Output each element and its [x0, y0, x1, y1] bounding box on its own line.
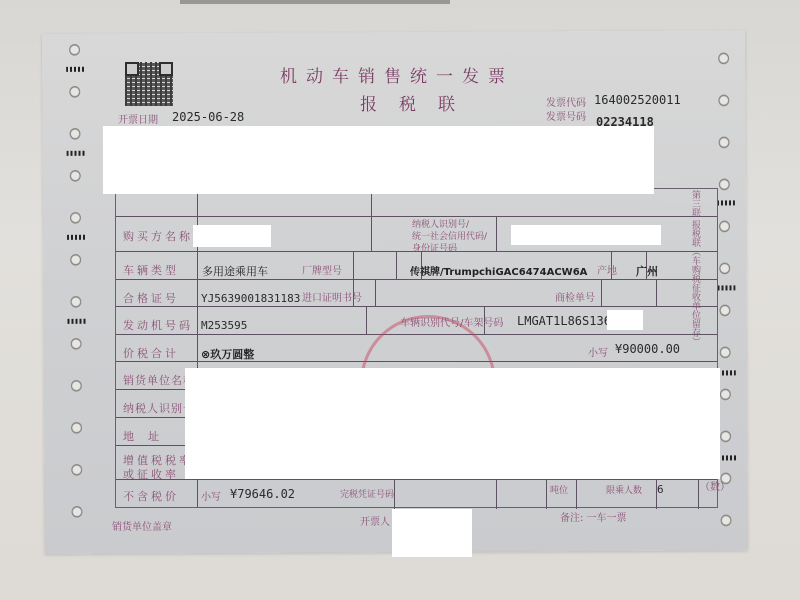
tractor-hole: [720, 388, 731, 400]
issuer-label: 开票人: [360, 513, 390, 528]
engine-label: 发动机号码: [123, 317, 193, 333]
bracket-text: （数）: [700, 478, 730, 493]
total-label: 价税合计: [123, 345, 179, 361]
perforation-mark: [66, 67, 84, 72]
perforation-mark: [717, 200, 735, 205]
tractor-hole: [69, 44, 80, 56]
tractor-hole: [718, 94, 729, 106]
tractor-hole: [720, 346, 731, 358]
buyer-tax-id-label-3: 身份证号码: [412, 241, 457, 254]
seats-label: 限乘人数: [606, 483, 642, 496]
perforation-mark: [718, 455, 736, 460]
pretax-amount: ¥79646.02: [230, 487, 295, 501]
invoice-title: 机动车销售统一发票: [280, 62, 514, 87]
tractor-hole: [69, 128, 80, 140]
tractor-hole: [70, 254, 81, 266]
invoice-subtitle: 报税联: [360, 90, 477, 115]
tractor-hole: [719, 304, 730, 316]
tractor-hole: [70, 170, 81, 182]
tractor-hole: [718, 52, 729, 64]
tractor-hole: [720, 430, 731, 442]
redacted-buyer-tax-id: [511, 225, 661, 245]
tonnage-label: 吨位: [550, 483, 568, 496]
total-amount: ¥90000.00: [615, 342, 680, 356]
invoice-number-label: 发票号码: [546, 108, 586, 123]
tractor-hole: [70, 296, 81, 308]
tractor-hole: [71, 506, 82, 518]
tractor-hole: [719, 262, 730, 274]
redacted-vin-tail: [607, 310, 643, 330]
origin-label: 产地: [597, 262, 617, 277]
vehicle-type-label: 车辆类型: [123, 262, 179, 278]
perforation-mark: [67, 319, 85, 324]
tractor-hole: [70, 212, 81, 224]
tractor-hole: [719, 136, 730, 148]
tractor-hole: [719, 178, 730, 190]
tractor-hole: [71, 422, 82, 434]
perforation-mark: [718, 370, 736, 375]
redacted-buyer-name: [193, 225, 271, 247]
perforation-mark: [67, 235, 85, 240]
tractor-hole: [721, 514, 732, 526]
invoice-code: 164002520011: [594, 93, 681, 107]
vehicle-type: 多用途乘用车: [202, 263, 268, 279]
tractor-hole: [71, 380, 82, 392]
engine-number: M253595: [201, 319, 247, 332]
tractor-hole: [71, 464, 82, 476]
total-small-label: 小写: [588, 344, 608, 359]
seller-address-label: 地址: [123, 428, 173, 444]
copy-designation: 第三联 报税联（车购税征收单位留存）: [689, 190, 702, 430]
inspection-label: 商检单号: [555, 289, 595, 304]
invoice-code-label: 发票代码: [546, 94, 586, 109]
tractor-hole: [69, 86, 80, 98]
origin: 广州: [636, 263, 658, 279]
vin-label: 车辆识别代号/车架号码: [400, 314, 503, 329]
issue-date-label: 开票日期: [118, 111, 158, 126]
redacted-seller-info: [185, 368, 720, 479]
pretax-label: 不含税价: [123, 488, 179, 504]
qr-code: [125, 62, 173, 106]
seats-count: 6: [657, 483, 664, 496]
brand-model-label: 厂牌型号: [302, 262, 342, 277]
background-edge: [180, 0, 450, 4]
total-in-words: ⊗玖万圆整: [201, 346, 254, 362]
remark: 备注: 一车一票: [560, 509, 627, 524]
redacted-issuer: [392, 509, 472, 557]
brand-model: 传祺牌/TrumpchiGAC6474ACW6A: [410, 263, 587, 278]
import-cert-label: 进口证明书号: [302, 289, 362, 304]
tax-receipt-label: 完税凭证号码: [340, 487, 394, 500]
redacted-machine-code: [103, 126, 654, 194]
vin: LMGAT1L86S136: [517, 314, 611, 328]
certificate-label: 合格证号: [123, 290, 179, 306]
perforation-mark: [67, 151, 85, 156]
tractor-hole: [71, 338, 82, 350]
perforation-mark: [717, 285, 735, 290]
tractor-hole: [719, 220, 730, 232]
vat-rate-label-2: 或征收率: [123, 466, 179, 482]
buyer-name-label: 购买方名称: [123, 228, 193, 244]
certificate-number: YJ5639001831183: [201, 292, 300, 305]
pretax-small-label: 小写: [201, 488, 221, 503]
seller-seal-label: 销货单位盖章: [112, 518, 172, 533]
issue-date: 2025-06-28: [172, 110, 244, 124]
